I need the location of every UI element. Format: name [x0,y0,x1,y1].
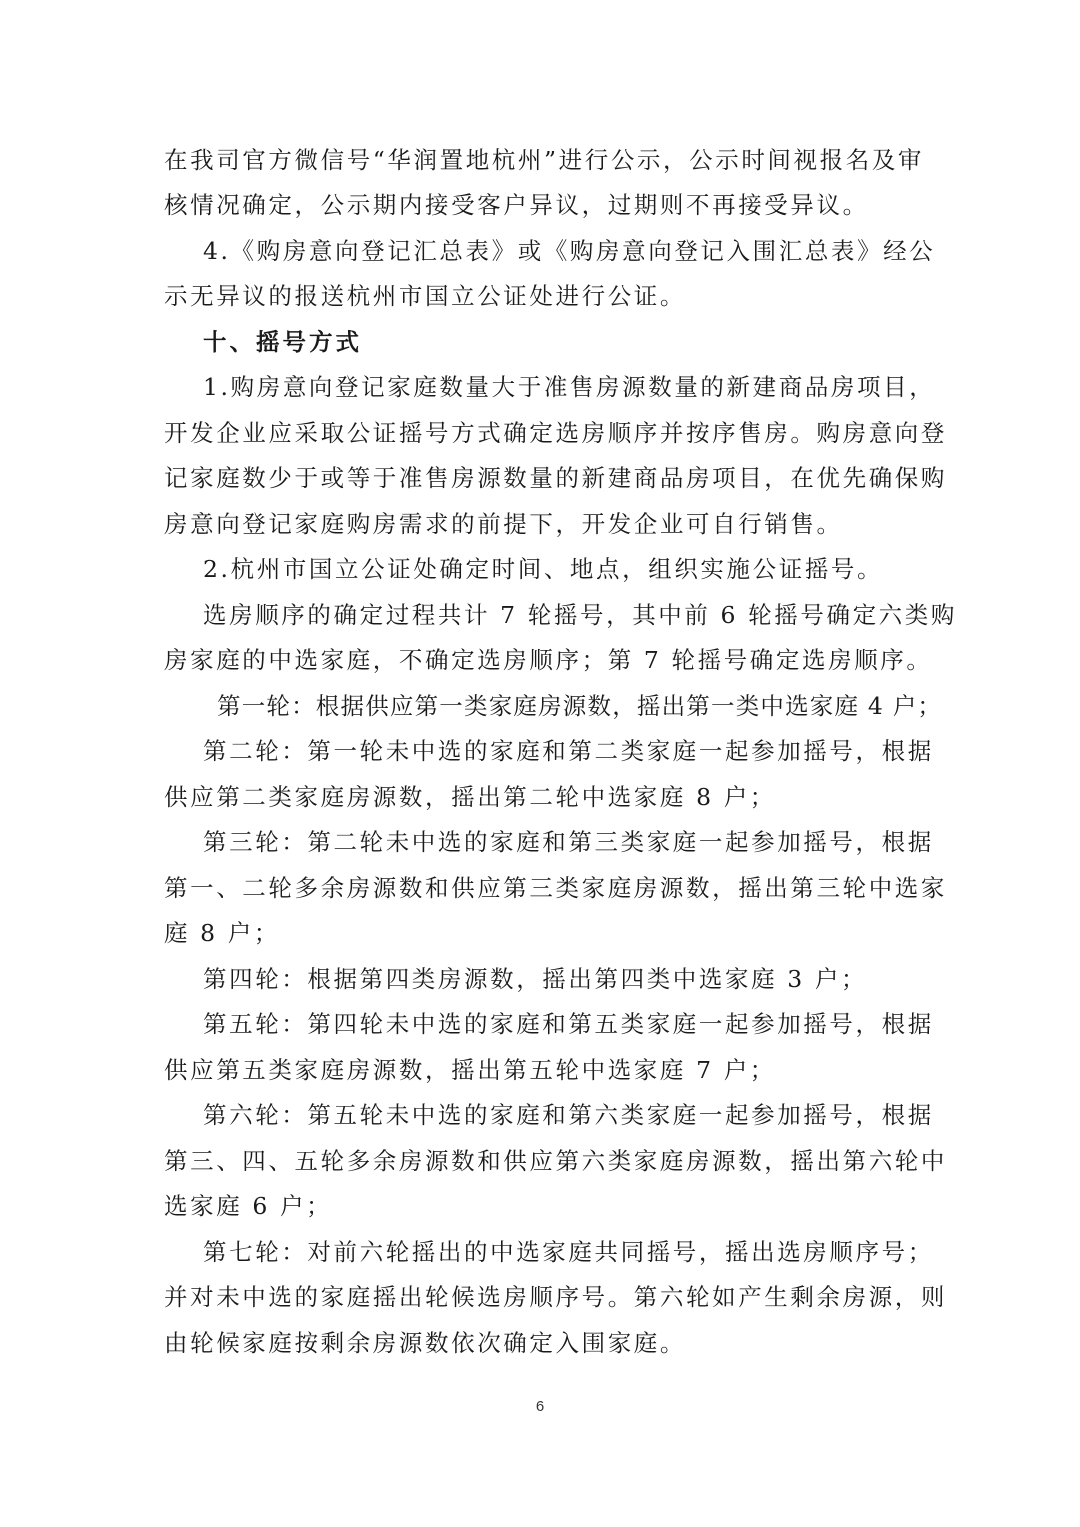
round-3-line: 第三轮：第二轮未中选的家庭和第三类家庭一起参加摇号，根据 [203,827,916,857]
paragraph-line: 供应第二类家庭房源数，摇出第二轮中选家庭 8 户； [164,782,916,812]
paragraph-line: 核情况确定，公示期内接受客户异议，过期则不再接受异议。 [164,190,916,220]
round-6-line: 第六轮：第五轮未中选的家庭和第六类家庭一起参加摇号，根据 [203,1100,916,1130]
paragraph-line: 由轮候家庭按剩余房源数依次确定入围家庭。 [164,1328,916,1358]
paragraph-line: 并对未中选的家庭摇出轮候选房顺序号。第六轮如产生剩余房源，则 [164,1282,916,1312]
paragraph-line: 1.购房意向登记家庭数量大于准售房源数量的新建商品房项目， [203,372,916,402]
paragraph-line: 选家庭 6 户； [164,1191,916,1221]
round-2-line: 第二轮：第一轮未中选的家庭和第二类家庭一起参加摇号，根据 [203,736,916,766]
paragraph-line: 房家庭的中选家庭，不确定选房顺序；第 7 轮摇号确定选房顺序。 [164,645,916,675]
paragraph-line: 2.杭州市国立公证处确定时间、地点，组织实施公证摇号。 [203,554,916,584]
round-4-line: 第四轮：根据第四类房源数，摇出第四类中选家庭 3 户； [203,964,916,994]
paragraph-line: 第三、四、五轮多余房源数和供应第六类家庭房源数，摇出第六轮中 [164,1146,916,1176]
page-number: 6 [0,1398,1080,1415]
document-page: 在我司官方微信号“华润置地杭州”进行公示，公示时间视报名及审 核情况确定，公示期… [0,0,1080,1527]
paragraph-line: 示无异议的报送杭州市国立公证处进行公证。 [164,281,916,311]
paragraph-line: 开发企业应采取公证摇号方式确定选房顺序并按序售房。购房意向登 [164,418,916,448]
round-5-line: 第五轮：第四轮未中选的家庭和第五类家庭一起参加摇号，根据 [203,1009,916,1039]
paragraph-line: 供应第五类家庭房源数，摇出第五轮中选家庭 7 户； [164,1055,916,1085]
round-7-line: 第七轮：对前六轮摇出的中选家庭共同摇号，摇出选房顺序号； [203,1237,916,1267]
paragraph-line: 庭 8 户； [164,918,916,948]
paragraph-line: 在我司官方微信号“华润置地杭州”进行公示，公示时间视报名及审 [164,145,916,175]
round-1-line: 第一轮：根据供应第一类家庭房源数，摇出第一类中选家庭 4 户； [217,691,916,721]
paragraph-line: 房意向登记家庭购房需求的前提下，开发企业可自行销售。 [164,509,916,539]
paragraph-line: 4.《购房意向登记汇总表》或《购房意向登记入围汇总表》经公 [203,236,916,266]
paragraph-line: 记家庭数少于或等于准售房源数量的新建商品房项目，在优先确保购 [164,463,916,493]
section-heading: 十、摇号方式 [203,327,916,357]
paragraph-line: 第一、二轮多余房源数和供应第三类家庭房源数，摇出第三轮中选家 [164,873,916,903]
paragraph-line: 选房顺序的确定过程共计 7 轮摇号，其中前 6 轮摇号确定六类购 [203,600,916,630]
